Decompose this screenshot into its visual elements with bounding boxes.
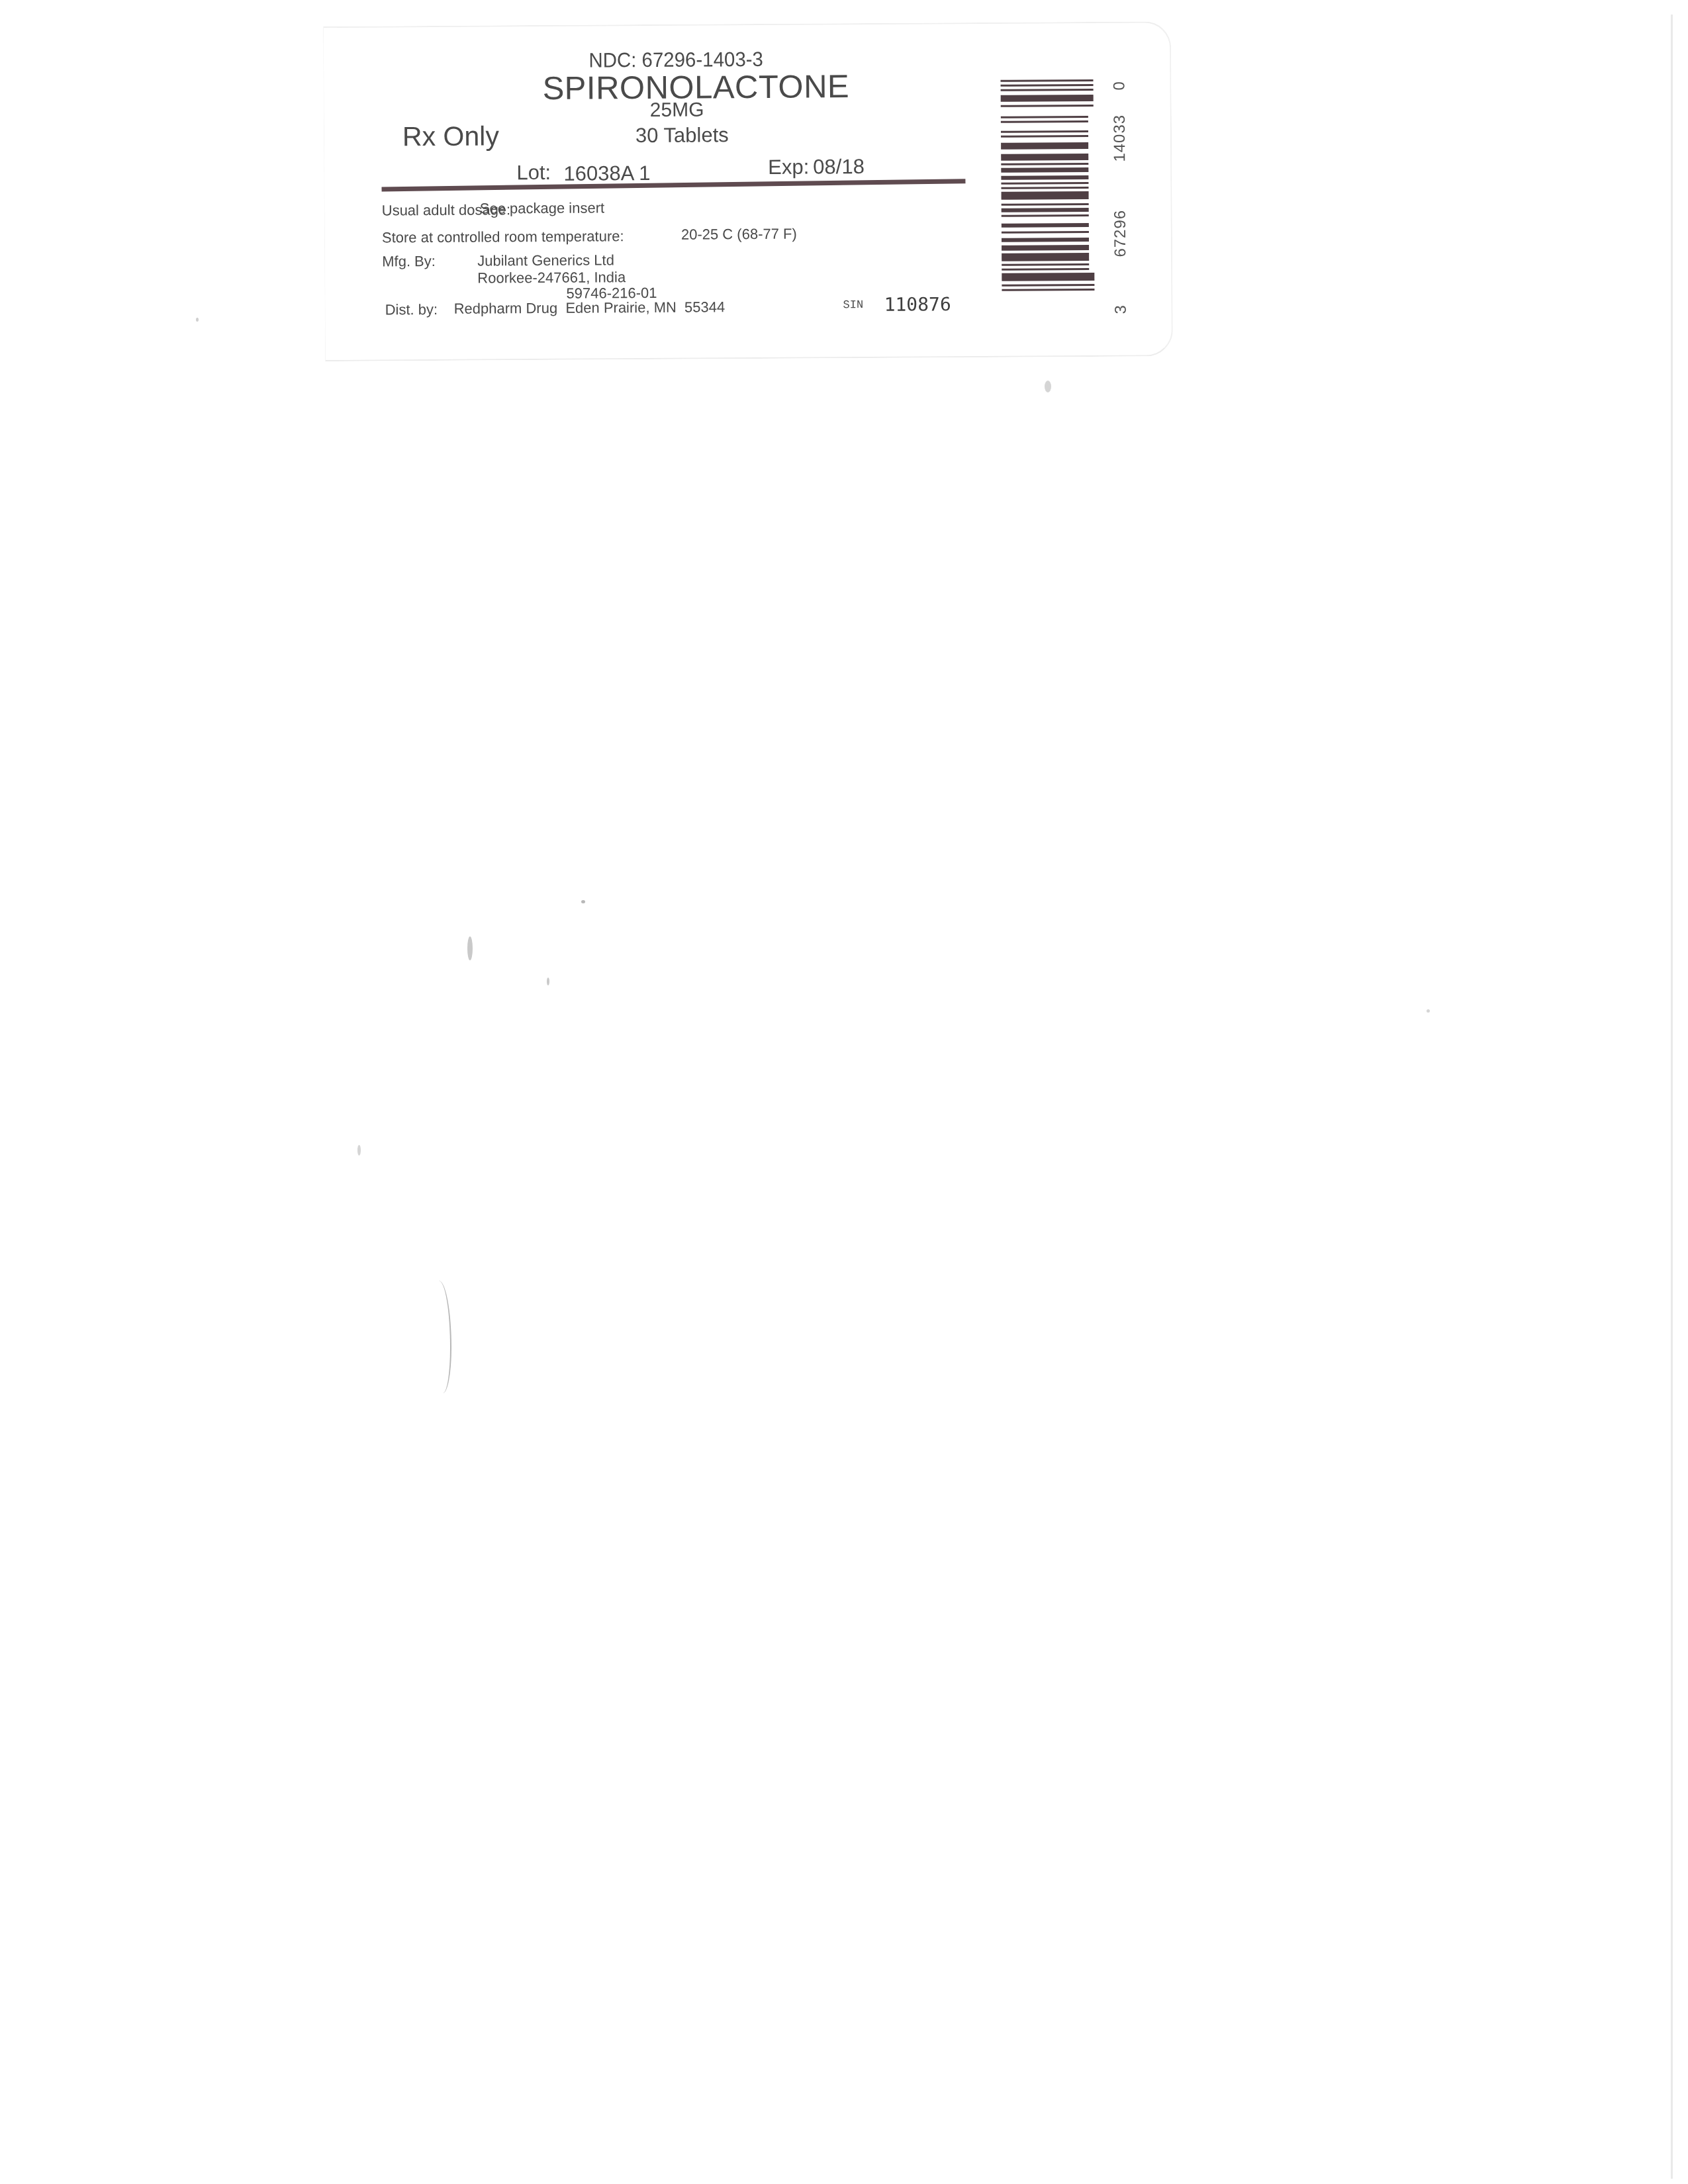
sin-number: 110876 [884,295,951,314]
scan-speck [467,936,473,960]
barcode-bar [1002,268,1089,271]
lot-label: Lot: [516,162,551,183]
barcode-bar [1002,253,1089,261]
barcode-bar [1001,163,1088,165]
scan-speck [357,1145,361,1156]
sin-label: SIN [843,300,864,311]
barcode-bar [1002,191,1089,200]
scan-speck [1045,381,1051,392]
barcode-bar [1001,167,1088,173]
page-edge-line [1671,15,1673,2179]
manufacturer-name: Jubilant Generics Ltd [477,253,614,268]
scan-speck [1427,1009,1430,1013]
barcode-bar [1002,263,1089,266]
dosage-value: See package insert [480,201,604,216]
scan-speck [547,978,549,985]
barcode-bar [1002,284,1094,287]
lot-number: 16038A 1 [563,163,650,184]
barcode-bar [1001,120,1088,123]
barcode-digit-system: 3 [1113,305,1129,314]
barcode-bar [1002,231,1089,234]
barcode-bar [1001,182,1088,185]
storage-temperature: 20-25 C (68-77 F) [681,227,797,242]
storage-label: Store at controlled room temperature: [382,229,624,245]
barcode-bar [1002,245,1089,251]
barcode-bar [1002,289,1094,291]
rx-only-notice: Rx Only [402,122,499,150]
barcode-bar [1001,135,1088,138]
drug-strength: 25MG [650,100,704,120]
barcode-bar [1001,142,1088,150]
distributor-label: Dist. by: [385,302,438,317]
scanned-page: NDC: 67296-1403-3 SPIRONOLACTONE 25MG Rx… [0,0,1688,2184]
expiration-date: 08/18 [813,156,865,177]
barcode-bar [1001,89,1094,91]
barcode-bar [1001,84,1094,87]
barcode-bar [1001,130,1088,133]
barcode-bar [1001,116,1088,118]
barcode-bar [1002,203,1089,206]
manufacturer-address: Roorkee-247661, India [477,270,626,285]
barcode-bar [1001,175,1088,180]
barcode-bar [1002,214,1089,217]
barcode-bar [1002,208,1089,212]
barcode-digits-labeler: 67296 [1113,210,1129,257]
barcode-bar [1001,105,1094,107]
barcode-bar [1002,187,1089,189]
barcode-bar [1002,223,1089,228]
distributor-info: Redpharm Drug Eden Prairie, MN 55344 [454,300,726,316]
expiration-label: Exp: [768,157,809,177]
barcode-bar [1001,79,1094,82]
upc-barcode [1001,79,1096,298]
barcode-bar [1001,95,1094,102]
scan-hairline [430,1281,451,1393]
barcode-digits-product: 14033 [1112,114,1128,162]
barcode-bar [1002,273,1094,281]
scan-speck [196,318,199,322]
barcode-bar [1002,238,1089,242]
divider-bar [381,179,965,191]
scan-speck [581,900,585,903]
drug-label: NDC: 67296-1403-3 SPIRONOLACTONE 25MG Rx… [323,21,1173,361]
barcode-bar [1001,154,1088,161]
tablet-count: 30 Tablets [635,124,729,146]
ndc-number: NDC: 67296-1403-3 [588,49,763,71]
barcode-digit-check: 0 [1112,81,1128,91]
manufacturer-label: Mfg. By: [382,254,436,269]
